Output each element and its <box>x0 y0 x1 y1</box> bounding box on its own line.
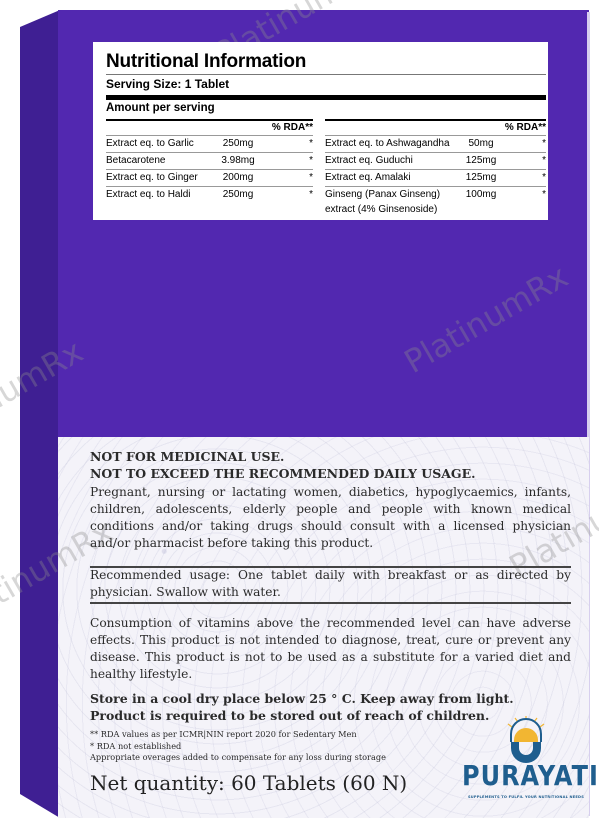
ingredient-amount: 250mg <box>208 136 268 152</box>
nutrition-title: Nutritional Information <box>106 51 306 73</box>
brand-tagline: SUPPLEMENTS TO FULFIL YOUR NUTRITIONAL N… <box>462 795 590 799</box>
caution-text: Pregnant, nursing or lactating women, di… <box>90 484 571 552</box>
table-row: Extract eq. Amalaki 125mg * <box>325 170 546 187</box>
ingredient-amount: 125mg <box>455 170 507 186</box>
ingredient-rda: * <box>268 153 313 169</box>
disclaimer-text: Consumption of vitamins above the recomm… <box>90 615 571 683</box>
divider <box>90 602 571 604</box>
serving-size: Serving Size: 1 Tablet <box>106 74 546 91</box>
ingredient-amount: 250mg <box>208 187 268 203</box>
rda-header: % RDA** <box>325 121 546 136</box>
nutrition-facts-panel: Nutritional Information Serving Size: 1 … <box>93 42 548 220</box>
ingredient-name: Extract eq. to Ashwagandha <box>325 136 455 152</box>
ingredient-name: Extract eq. Guduchi <box>325 153 455 169</box>
table-row: Extract eq. to Haldi 250mg * <box>106 187 313 203</box>
table-row: Extract eq. to Ginger 200mg * <box>106 170 313 187</box>
ingredient-amount: 50mg <box>455 136 507 152</box>
box-side-panel <box>20 10 60 820</box>
table-row: Extract eq. to Garlic 250mg * <box>106 136 313 153</box>
footnotes: ** RDA values as per ICMR|NIN report 202… <box>90 729 430 764</box>
ingredient-amount: 3.98mg <box>208 153 268 169</box>
ingredient-amount: 125mg <box>455 153 507 169</box>
ingredient-name: Extract eq. to Garlic <box>106 136 208 152</box>
ingredient-name: Extract eq. Amalaki <box>325 170 455 186</box>
footnote: Appropriate overages added to compensate… <box>90 752 430 764</box>
storage-line-1: Store in a cool dry place below 25 ° C. … <box>90 690 571 707</box>
brand-logo: PURAYATI SUPPLEMENTS TO FULFIL YOUR NUTR… <box>462 716 590 810</box>
ingredient-name: Extract eq. to Ginger <box>106 170 208 186</box>
footnote: ** RDA values as per ICMR|NIN report 202… <box>90 729 430 741</box>
table-row: Betacarotene 3.98mg * <box>106 153 313 170</box>
capsule-sun-icon <box>462 716 590 764</box>
warning-not-medicinal: NOT FOR MEDICINAL USE. <box>90 448 571 465</box>
ingredient-amount: 100mg <box>455 187 507 217</box>
ingredient-rda: * <box>507 136 546 152</box>
ingredient-rda: * <box>268 170 313 186</box>
usage-text: Recommended usage: One tablet daily with… <box>90 567 571 601</box>
nutrition-table-left: % RDA** Extract eq. to Garlic 250mg * Be… <box>106 119 313 203</box>
warning-daily-usage: NOT TO EXCEED THE RECOMMENDED DAILY USAG… <box>90 465 571 482</box>
ingredient-rda: * <box>507 170 546 186</box>
nutrition-table-right: % RDA** Extract eq. to Ashwagandha 50mg … <box>325 119 546 217</box>
ingredient-rda: * <box>507 153 546 169</box>
divider-thick <box>106 95 546 100</box>
warning-block: NOT FOR MEDICINAL USE. NOT TO EXCEED THE… <box>90 448 571 482</box>
brand-name: PURAYATI <box>462 760 590 792</box>
table-row: Ginseng (Panax Ginseng) extract (4% Gins… <box>325 187 546 217</box>
amount-per-serving: Amount per serving <box>106 102 215 114</box>
ingredient-rda: * <box>268 136 313 152</box>
ingredient-amount: 200mg <box>208 170 268 186</box>
ingredient-rda: * <box>507 187 546 217</box>
ingredient-name: Extract eq. to Haldi <box>106 187 208 203</box>
table-row: Extract eq. to Ashwagandha 50mg * <box>325 136 546 153</box>
table-row: Extract eq. Guduchi 125mg * <box>325 153 546 170</box>
ingredient-rda: * <box>268 187 313 203</box>
ingredient-name: Ginseng (Panax Ginseng) extract (4% Gins… <box>325 187 455 217</box>
footnote: * RDA not established <box>90 741 430 753</box>
rda-header: % RDA** <box>106 121 313 136</box>
ingredient-name: Betacarotene <box>106 153 208 169</box>
